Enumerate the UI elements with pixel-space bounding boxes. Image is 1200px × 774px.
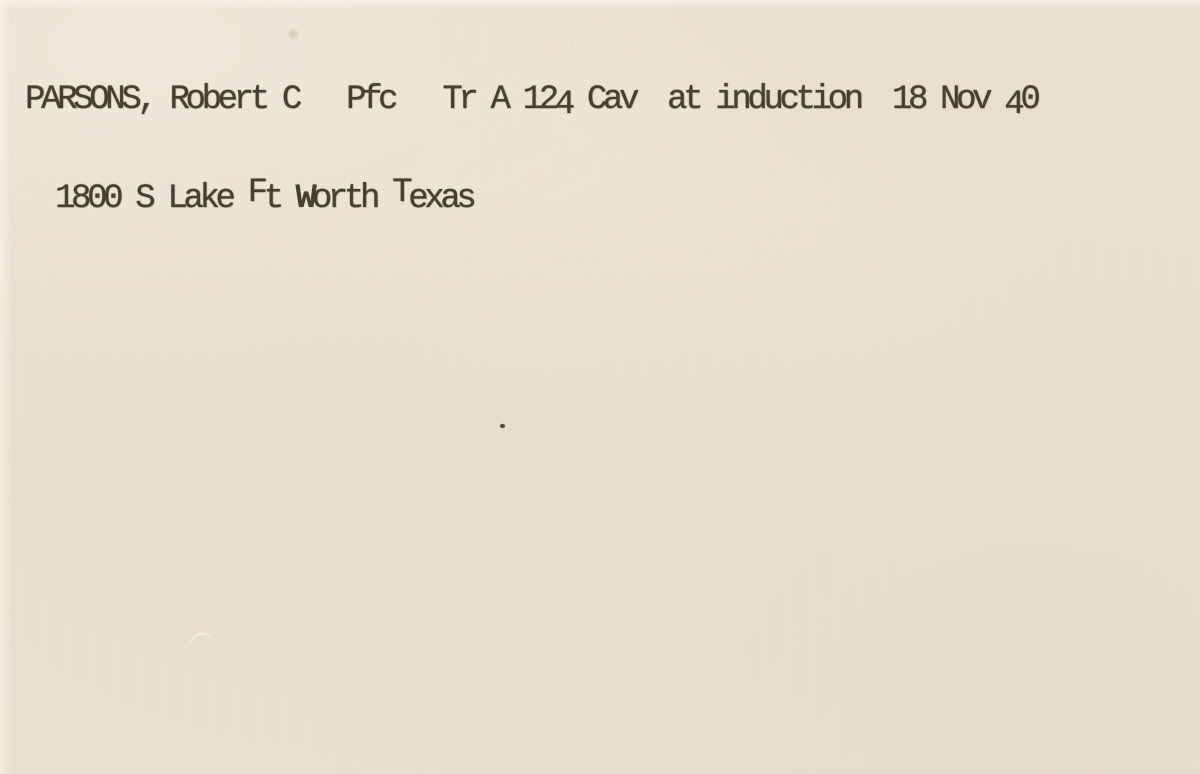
typed-text: PARSONS, Robert C Pfc Tr A 12	[25, 81, 555, 119]
typed-char-drop: 4	[1004, 86, 1020, 124]
typed-text: 1800 S Lake	[55, 180, 248, 218]
typed-text: orth	[312, 180, 392, 218]
typed-text: t	[264, 180, 296, 218]
typed-text: exas	[408, 180, 472, 218]
typed-line-1: PARSONS, Robert C Pfc Tr A 124 Cav at in…	[25, 84, 1036, 117]
typed-char-drop: 4	[555, 86, 571, 124]
typed-line-2: 1800 S Lake Ft Worth Texas	[25, 183, 1036, 216]
paper-fiber	[187, 630, 214, 649]
ink-smudge	[287, 29, 300, 41]
typed-text: Cav at induction 18 Nov	[571, 81, 1004, 119]
typed-char-raise: T	[392, 174, 408, 212]
typed-char-raise: F	[248, 174, 264, 212]
typed-text-block: PARSONS, Robert C Pfc Tr A 124 Cav at in…	[25, 18, 1036, 282]
typed-text: 0	[1020, 81, 1036, 119]
typed-char-bold: W	[296, 180, 312, 218]
index-card-scan: PARSONS, Robert C Pfc Tr A 124 Cav at in…	[0, 0, 1200, 774]
paper-speck	[500, 424, 505, 428]
